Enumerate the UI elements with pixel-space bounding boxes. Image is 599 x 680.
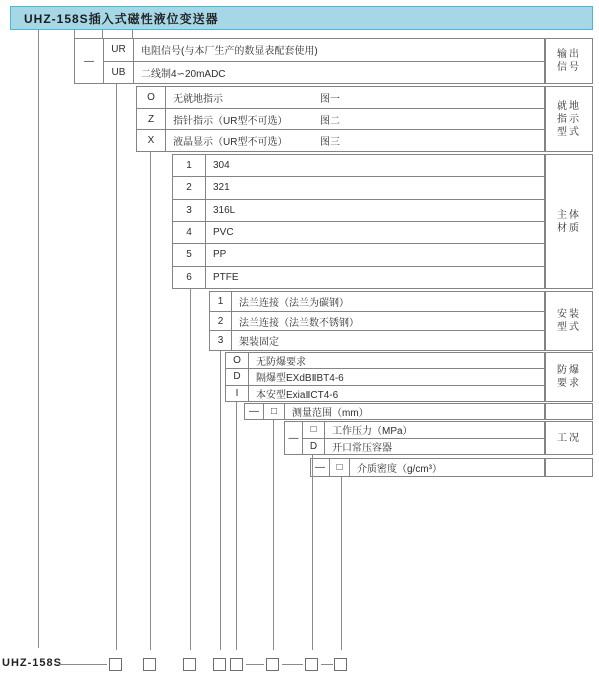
option-row: 2 法兰连接（法兰数不锈钢） [210, 311, 544, 331]
model-code: UHZ-158S [2, 657, 62, 669]
option-code: 2 [210, 312, 232, 331]
connector-line [102, 30, 103, 38]
connector-line [38, 30, 39, 648]
section-output-signal: — UR 电阻信号(与本厂生产的数显表配套使用) UB 二线制4∽20mADC [74, 38, 545, 84]
section-mounting-type: 1 法兰连接（法兰为碳钢） 2 法兰连接（法兰数不锈钢） 3 架装固定 [209, 291, 545, 351]
option-row: 1 法兰连接（法兰为碳钢） [210, 292, 544, 311]
option-code: 1 [173, 155, 206, 176]
option-description: 指针指示（UR型不可选） [173, 112, 287, 127]
option-description: 321 [206, 177, 544, 198]
option-description: 液晶显示（UR型不可选） [173, 133, 287, 148]
option-code: 4 [173, 222, 206, 243]
placeholder-box-glyph: □ [330, 459, 350, 476]
connector-line [74, 30, 75, 38]
option-row: O 无就地指示图一 [137, 87, 544, 108]
option-description: 电阻信号(与本厂生产的数显表配套使用) [134, 39, 544, 61]
option-description: 测量范围（mm） [285, 404, 544, 419]
option-code: 1 [210, 292, 232, 311]
group-label-body-material: 主体材质 [545, 154, 593, 289]
option-row: 3 架装固定 [210, 330, 544, 350]
option-row: O 无防爆要求 [226, 353, 544, 368]
group-label-empty [545, 403, 593, 420]
stem-line [220, 351, 221, 650]
group-label-output-signal: 输出信号 [545, 38, 593, 84]
option-code: D [303, 439, 325, 455]
option-code: I [226, 386, 249, 401]
option-code: 3 [173, 200, 206, 221]
group-label-explosion-proof: 防爆要求 [545, 352, 593, 402]
option-description: PP [206, 244, 544, 265]
option-code: 3 [210, 331, 232, 350]
option-code: Z [137, 109, 166, 130]
option-row: I 本安型ExiaⅡCT4-6 [226, 385, 544, 401]
dash-connector: — [285, 422, 303, 454]
code-dash [246, 664, 264, 665]
option-row: UB 二线制4∽20mADC [104, 61, 544, 84]
option-description: 304 [206, 155, 544, 176]
dash-connector: — [75, 39, 104, 83]
option-description: 隔爆型EXdBⅡBT4-6 [249, 369, 544, 384]
model-selection-diagram: UHZ-158S插入式磁性液位变送器 — UR 电阻信号(与本厂生产的数显表配套… [0, 0, 599, 680]
code-placeholder-box [183, 658, 196, 671]
option-description: 开口常压容器 [325, 439, 544, 455]
option-row: □ 工作压力（MPa） [303, 422, 544, 438]
option-description: 二线制4∽20mADC [134, 62, 544, 84]
code-placeholder-box [305, 658, 318, 671]
option-row: 2 321 [173, 176, 544, 198]
option-description: 316L [206, 200, 544, 221]
dash-connector: — [245, 404, 264, 419]
section-explosion-proof: O 无防爆要求 D 隔爆型EXdBⅡBT4-6 I 本安型ExiaⅡCT4-6 [225, 352, 545, 402]
stem-line [190, 289, 191, 650]
option-row: X 液晶显示（UR型不可选）图三 [137, 129, 544, 151]
stem-line [312, 455, 313, 650]
option-code: O [137, 87, 166, 108]
group-label-empty [545, 458, 593, 477]
dash-connector: — [311, 459, 330, 476]
stem-line [341, 477, 342, 650]
connector-line [132, 30, 133, 38]
option-row: 1 304 [173, 155, 544, 176]
option-description: 本安型ExiaⅡCT4-6 [249, 386, 544, 401]
option-row: Z 指针指示（UR型不可选）图二 [137, 108, 544, 130]
code-placeholder-box [334, 658, 347, 671]
stem-line [236, 402, 237, 650]
option-description: 工作压力（MPa） [325, 422, 544, 438]
group-label-mounting-type: 安装型式 [545, 291, 593, 351]
option-description: PTFE [206, 267, 544, 288]
section-local-indication: O 无就地指示图一 Z 指针指示（UR型不可选）图二 X 液晶显示（UR型不可选… [136, 86, 545, 152]
option-description: 架装固定 [232, 331, 544, 350]
option-code: UB [104, 62, 134, 84]
option-code: UR [104, 39, 134, 61]
option-description: 无防爆要求 [249, 353, 544, 368]
option-row: 3 316L [173, 199, 544, 221]
code-dash [321, 664, 333, 665]
stem-line [273, 420, 274, 650]
code-dash [282, 664, 303, 665]
code-placeholder-box [213, 658, 226, 671]
stem-line [150, 152, 151, 650]
option-code: X [137, 130, 166, 151]
option-code: 6 [173, 267, 206, 288]
placeholder-box-glyph: □ [264, 404, 285, 419]
option-row: UR 电阻信号(与本厂生产的数显表配套使用) [104, 39, 544, 61]
option-description: PVC [206, 222, 544, 243]
section-body-material: 1 304 2 321 3 316L 4 PVC 5 PP 6 PTFE [172, 154, 545, 289]
code-dash [57, 664, 107, 665]
section-measuring-range: — □ 测量范围（mm） [244, 403, 545, 420]
option-row: 5 PP [173, 243, 544, 265]
section-working-condition: — □ 工作压力（MPa） D 开口常压容器 [284, 421, 545, 455]
option-code: O [226, 353, 249, 368]
group-label-working-condition: 工况 [545, 421, 593, 455]
option-description: 无就地指示 [173, 90, 223, 105]
code-placeholder-box [230, 658, 243, 671]
page-title: UHZ-158S插入式磁性液位变送器 [10, 6, 593, 30]
code-placeholder-box [109, 658, 122, 671]
option-code: 2 [173, 177, 206, 198]
stem-line [116, 84, 117, 650]
option-code: D [226, 369, 249, 384]
code-placeholder-box [266, 658, 279, 671]
option-row: D 开口常压容器 [303, 438, 544, 455]
figure-ref: 图三 [320, 133, 340, 148]
option-row: 6 PTFE [173, 266, 544, 288]
option-row: 4 PVC [173, 221, 544, 243]
group-label-local-indication: 就地指示型式 [545, 86, 593, 152]
figure-ref: 图一 [320, 90, 340, 105]
option-description: 法兰连接（法兰数不锈钢） [232, 312, 544, 331]
code-placeholder-box [143, 658, 156, 671]
option-code: 5 [173, 244, 206, 265]
option-row: D 隔爆型EXdBⅡBT4-6 [226, 368, 544, 384]
option-row: □ 测量范围（mm） [264, 404, 544, 419]
option-description: 介质密度（g/cm³） [350, 459, 544, 476]
placeholder-box-glyph: □ [303, 422, 325, 438]
section-medium-density: — □ 介质密度（g/cm³） [310, 458, 545, 477]
figure-ref: 图二 [320, 112, 340, 127]
option-description: 法兰连接（法兰为碳钢） [232, 292, 544, 311]
option-row: □ 介质密度（g/cm³） [330, 459, 544, 476]
